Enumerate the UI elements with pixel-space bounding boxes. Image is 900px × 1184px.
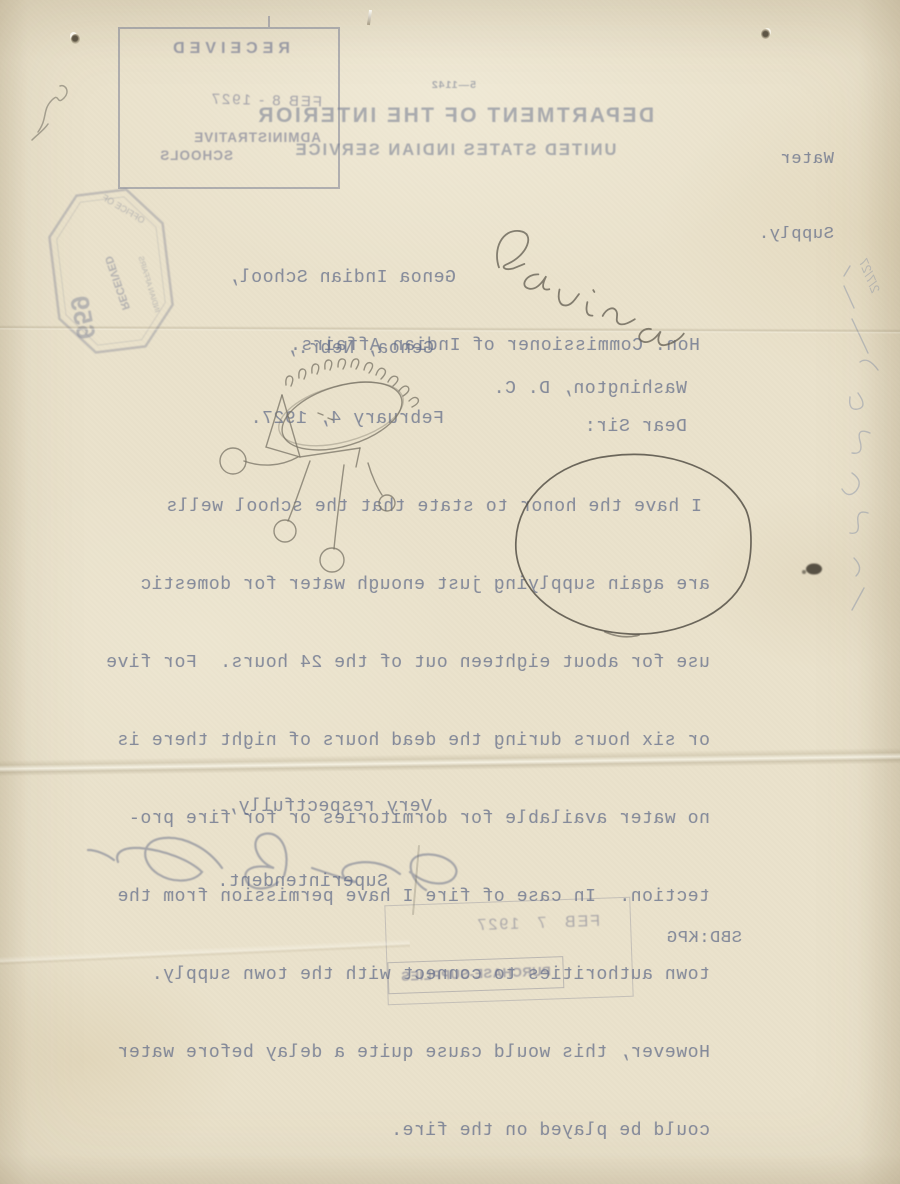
salutation: Dear Sir:	[584, 417, 687, 437]
office-receiving-stamp: OFFICE OF INDIAN AFFAIRS RECEIVED 659	[43, 183, 180, 358]
body-line: However, this would cause quite a delay …	[106, 1034, 710, 1072]
recipient-line1: Hon. Commissioner of Indian Affairs.	[290, 336, 700, 356]
scanned-letter-page: Water Supply. 5—1142 DEPARTMENT OF THE I…	[0, 0, 900, 1184]
corner-scribble	[22, 70, 82, 145]
received-stamp: RECEIVED FEB 8 - 1927 ADMINISTRATIVE SCH…	[118, 27, 340, 189]
pencil-doodle	[210, 355, 460, 580]
form-number: 5—1142	[431, 79, 476, 91]
body-line: use for about eighteen out of the 24 hou…	[106, 644, 710, 682]
office-stamp-arc-left: INDIAN AFFAIRS	[136, 255, 162, 313]
received-stamp-division: ADMINISTRATIVE	[193, 130, 321, 145]
circled-passage-mark	[505, 450, 765, 645]
stamp-registration-tick	[268, 16, 270, 27]
pinhole-left	[71, 34, 80, 44]
body-line: could be played on the fire.	[106, 1112, 710, 1150]
received-stamp-title: RECEIVED	[120, 40, 338, 58]
handwritten-name	[470, 205, 700, 325]
pinhole-right	[761, 29, 770, 39]
subject-note-line1: Water	[758, 147, 834, 172]
ink-smudge	[798, 558, 832, 582]
margin-note-date: 2/7/27	[856, 256, 883, 295]
recipient-line2: Washington, D. C.	[493, 379, 687, 399]
received-stamp-date: FEB 8 - 1927	[209, 91, 322, 111]
received-stamp-section: SCHOOLS	[159, 148, 233, 163]
office-stamp-number: 659	[64, 293, 102, 341]
subject-note-line2: Supply.	[758, 222, 834, 247]
body-line: or six hours during the dead hours of ni…	[106, 722, 710, 760]
mirrored-carbon-layer: Water Supply. 5—1142 DEPARTMENT OF THE I…	[0, 0, 900, 1184]
margin-notes: 2/7/27	[823, 258, 898, 628]
purchase-stamp-date: FEB 7 1927	[475, 913, 600, 935]
office-stamp-center: RECEIVED	[102, 255, 132, 312]
signature-title: Superintendent.	[217, 872, 388, 892]
purchase-stamp-label: PURCHASE-SUPPLIES	[389, 963, 563, 984]
sender-line-school: Genoa Indian School,	[228, 267, 456, 291]
signature-scrawl	[80, 802, 470, 912]
typist-initials: SBD:KPG	[666, 929, 742, 948]
purchase-stamp: FEB 7 1927 PURCHASE-SUPPLIES	[384, 897, 633, 1006]
purchase-stamp-label-box: PURCHASE-SUPPLIES	[387, 956, 564, 994]
